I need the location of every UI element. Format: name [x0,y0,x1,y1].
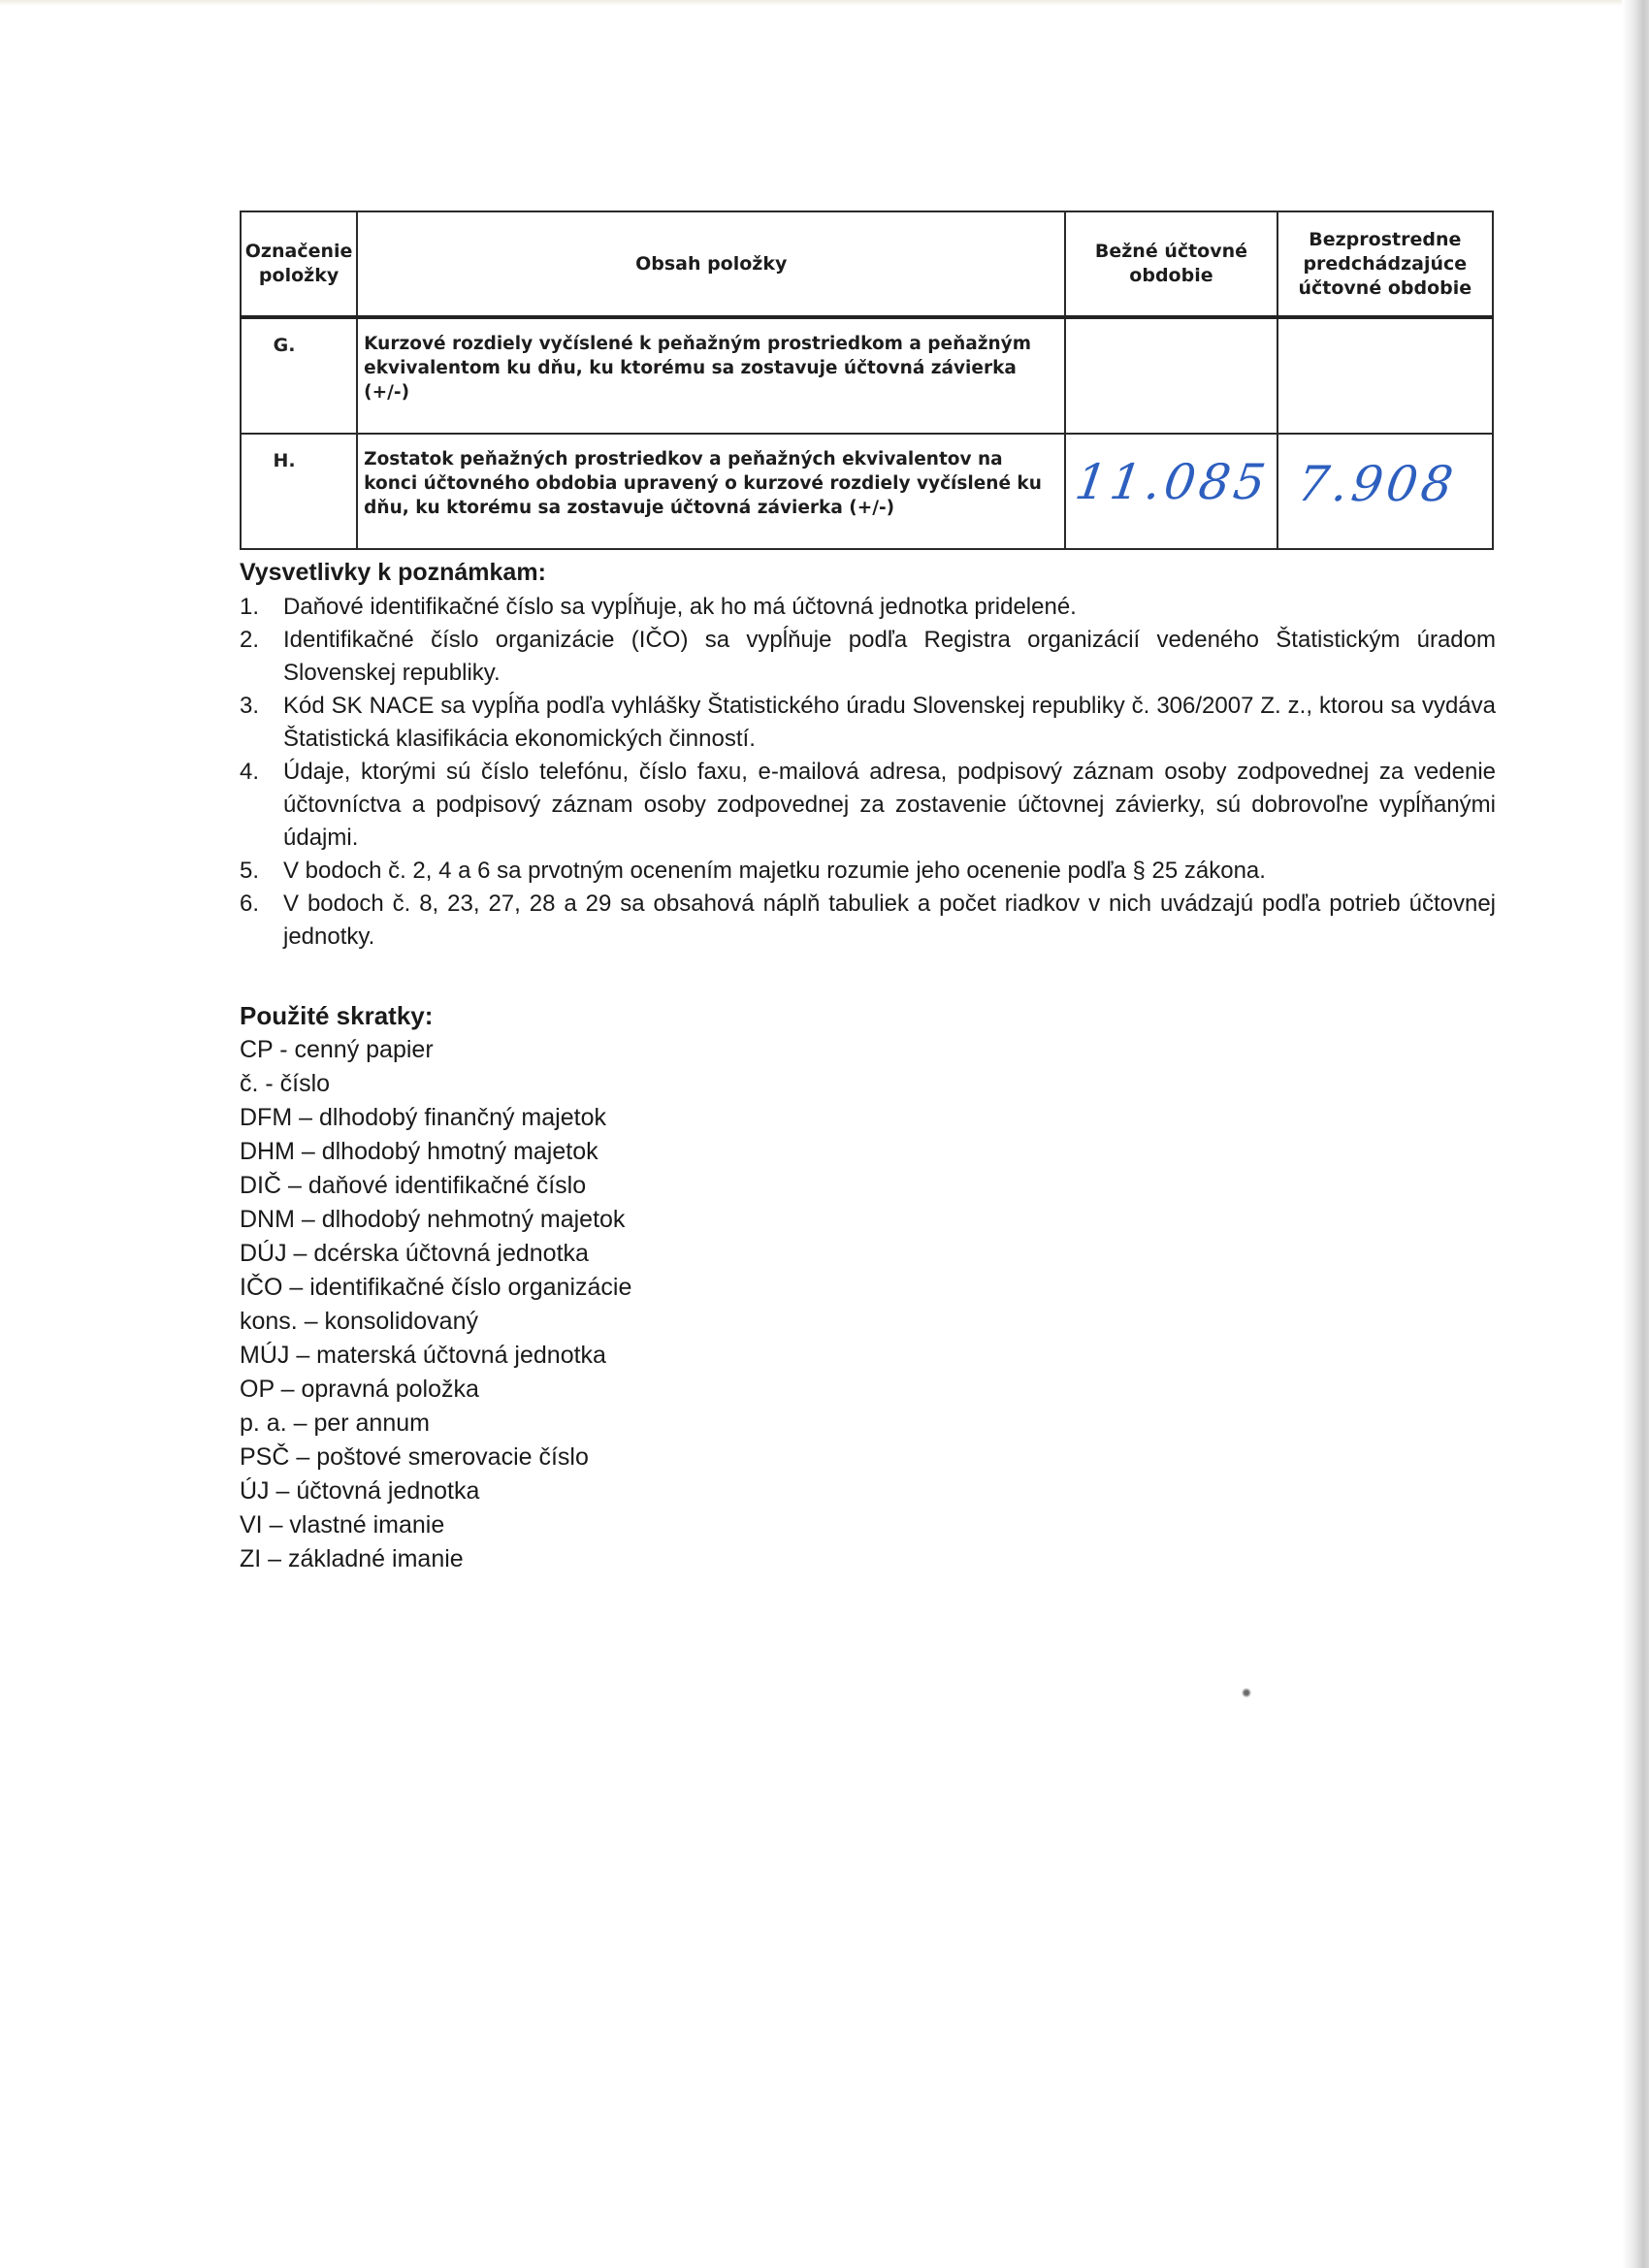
abbreviations-list: CP - cenný papierč. - čísloDFM – dlhodob… [240,1033,822,1576]
abbreviation-item: DNM – dlhodobý nehmotný majetok [240,1203,822,1237]
header-previous-period: Bezprostredne predchádzajúce účtovné obd… [1277,211,1493,317]
cash-flow-table: Označenie položky Obsah položky Bežné úč… [240,211,1494,550]
notes-title: Vysvetlivky k poznámkam: [240,556,1496,589]
row-code: G. [241,317,357,434]
note-item: 5. V bodoch č. 2, 4 a 6 sa prvotným ocen… [240,855,1496,888]
abbreviation-item: p. a. – per annum [240,1407,822,1441]
abbreviation-item: ZI – základné imanie [240,1542,822,1576]
row-previous-value[interactable] [1277,317,1493,434]
abbreviations-title: Použité skratky: [240,999,822,1033]
note-item: 2. Identifikačné číslo organizácie (IČO)… [240,624,1496,690]
abbreviation-item: kons. – konsolidovaný [240,1305,822,1339]
row-code: H. [241,434,357,549]
header-current-period: Bežné účtovné obdobie [1065,211,1277,317]
abbreviation-item: DHM – dlhodobý hmotný majetok [240,1135,822,1169]
note-item: 3. Kód SK NACE sa vypĺňa podľa vyhlášky … [240,690,1496,756]
abbreviation-item: č. - číslo [240,1067,822,1101]
row-content: Zostatok peňažných prostriedkov a peňažn… [357,434,1065,549]
table-row: G. Kurzové rozdiely vyčíslené k peňažným… [241,317,1493,434]
note-item: 4. Údaje, ktorými sú číslo telefónu, čís… [240,756,1496,855]
handwritten-current-value: 11.085 [1072,454,1273,510]
abbreviation-item: MÚJ – materská účtovná jednotka [240,1339,822,1373]
table-row: H. Zostatok peňažných prostriedkov a peň… [241,434,1493,549]
abbreviation-item: CP - cenný papier [240,1033,822,1067]
row-current-value[interactable] [1065,317,1277,434]
note-item: 6. V bodoch č. 8, 23, 27, 28 a 29 sa obs… [240,888,1496,954]
abbreviation-item: ÚJ – účtovná jednotka [240,1474,822,1508]
header-code: Označenie položky [241,211,357,317]
header-content: Obsah položky [357,211,1065,317]
scan-edge-shadow [1622,0,1649,2268]
scan-speck [1240,1688,1253,1698]
abbreviation-item: DÚJ – dcérska účtovná jednotka [240,1237,822,1271]
abbreviation-item: OP – opravná položka [240,1373,822,1407]
handwritten-previous-value: 7.908 [1294,456,1460,512]
abbreviations-section: Použité skratky: CP - cenný papierč. - č… [240,999,822,1576]
row-current-value[interactable]: 11.085 [1065,434,1277,549]
row-content: Kurzové rozdiely vyčíslené k peňažným pr… [357,317,1065,434]
abbreviation-item: PSČ – poštové smerovacie číslo [240,1441,822,1474]
row-previous-value[interactable]: 7.908 [1277,434,1493,549]
table-header-row: Označenie položky Obsah položky Bežné úč… [241,211,1493,317]
abbreviation-item: VI – vlastné imanie [240,1508,822,1542]
page-top-edge [0,0,1649,6]
notes-section: Vysvetlivky k poznámkam: 1. Daňové ident… [240,556,1496,954]
abbreviation-item: DIČ – daňové identifikačné číslo [240,1169,822,1203]
abbreviation-item: DFM – dlhodobý finančný majetok [240,1101,822,1135]
note-item: 1. Daňové identifikačné číslo sa vypĺňuj… [240,591,1496,624]
abbreviation-item: IČO – identifikačné číslo organizácie [240,1271,822,1305]
